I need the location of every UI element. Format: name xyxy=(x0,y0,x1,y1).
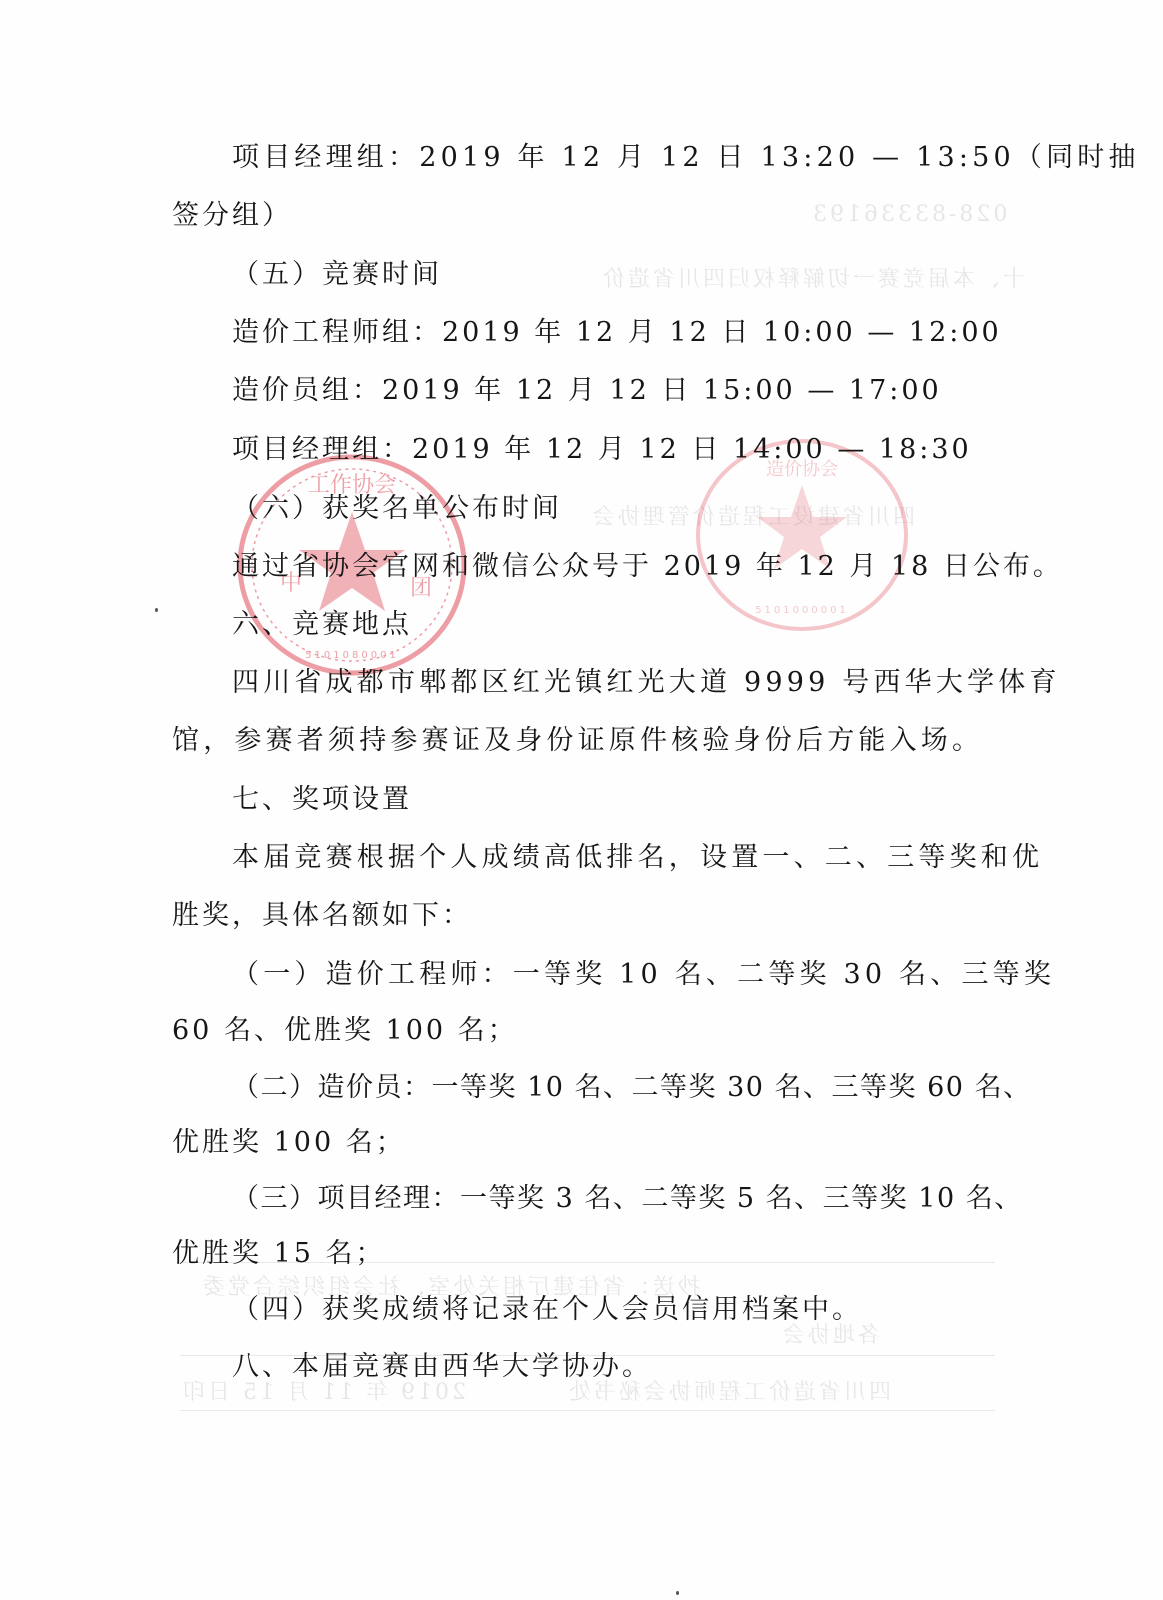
text-line-awards-project-manager-continued: 优胜奖 15 名； xyxy=(172,1237,992,1271)
heading-competition-time: （五）竞赛时间 xyxy=(232,258,992,292)
text-line-awards-intro-continued: 胜奖，具体名额如下： xyxy=(172,899,992,933)
bleed-through-rule xyxy=(180,1410,995,1411)
text-line-cost-clerk-time: 造价员组：2019 年 12 月 12 日 15:00 — 17:00 xyxy=(232,374,992,408)
text-line-project-manager-time: 项目经理组：2019 年 12 月 12 日 14:00 — 18:30 xyxy=(232,433,992,467)
text-line-results-publish: 通过省协会官网和微信公众号于 2019 年 12 月 18 日公布。 xyxy=(232,550,992,584)
text-line-venue-address: 四川省成都市郫都区红光镇红光大道 9999 号西华大学体育 xyxy=(232,666,992,700)
text-line-awards-cost-clerk: （二）造价员：一等奖 10 名、二等奖 30 名、三等奖 60 名、 xyxy=(232,1071,992,1105)
text-line-cost-engineer-time: 造价工程师组：2019 年 12 月 12 日 10:00 — 12:00 xyxy=(232,316,992,350)
text-line-awards-cost-clerk-continued: 优胜奖 100 名； xyxy=(172,1126,992,1160)
text-line-credit-record: （四）获奖成绩将记录在个人会员信用档案中。 xyxy=(232,1293,992,1327)
text-line-awards-cost-engineer: （一）造价工程师：一等奖 10 名、二等奖 30 名、三等奖 xyxy=(232,958,992,992)
heading-results-publish-time: （六）获奖名单公布时间 xyxy=(232,492,992,526)
text-line-awards-project-manager: （三）项目经理：一等奖 3 名、二等奖 5 名、三等奖 10 名、 xyxy=(232,1182,992,1216)
text-line-awards-cost-engineer-continued: 60 名、优胜奖 100 名； xyxy=(172,1014,992,1048)
text-line-draw-continued: 签分组） xyxy=(172,199,992,233)
svg-text:5101080001: 5101080001 xyxy=(305,650,399,661)
scan-speck xyxy=(676,1591,679,1595)
text-line-project-manager-draw: 项目经理组：2019 年 12 月 12 日 13:20 — 13:50（同时抽 xyxy=(232,141,992,175)
document-page: 028-83336193 十、本届竞赛一切解释权归四川省造价 四川省建设工程造价… xyxy=(0,0,1163,1600)
heading-awards: 七、奖项设置 xyxy=(232,783,992,817)
text-line-venue-entry: 馆，参赛者须持参赛证及身份证原件核验身份后方能入场。 xyxy=(172,724,992,758)
scan-speck xyxy=(155,608,158,612)
text-line-awards-intro: 本届竞赛根据个人成绩高低排名，设置一、二、三等奖和优 xyxy=(232,841,992,875)
text-line-co-organizer: 八、本届竞赛由西华大学协办。 xyxy=(232,1350,992,1384)
heading-venue: 六、竞赛地点 xyxy=(232,608,992,642)
